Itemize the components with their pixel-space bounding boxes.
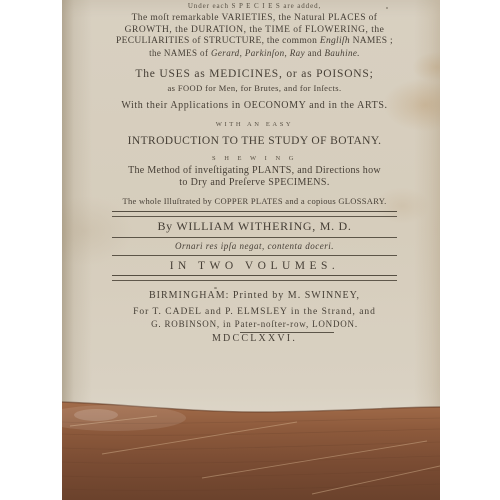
description-line-4-names: Gerard, Parkinſon, Ray	[211, 48, 305, 58]
applications-line: With their Applications in OECONOMY and …	[86, 101, 423, 112]
imprint-line-2: For T. CADEL and P. ELMSLEY in the Stran…	[86, 308, 423, 318]
author-line: By WILLIAM WITHERING, M. D.	[86, 220, 423, 233]
wood-sheen-spot	[74, 409, 118, 421]
species-note: Under each S P E C I E S are added,	[86, 3, 423, 10]
uses-food-line: as FOOD for Men, for Brutes, and for Inſ…	[86, 84, 423, 93]
volumes-line: IN TWO VOLUMES.	[86, 260, 423, 272]
description-line-2: GROWTH, the DURATION, the TIME of FLOWER…	[86, 26, 423, 36]
title-page: Under each S P E C I E S are added, The …	[62, 0, 440, 420]
divider-double-rule-bottom	[112, 275, 397, 281]
ink-speck	[386, 7, 388, 9]
latin-motto: Ornari res ipſa negat, contenta doceri.	[86, 242, 423, 251]
title-page-text-block: Under each S P E C I E S are added, The …	[86, 0, 423, 420]
ink-speck	[214, 287, 217, 289]
description-line-3-pre: PECULIARITIES of STRUCTURE, the common	[116, 36, 320, 46]
description-line-3-post: NAMES ;	[350, 36, 393, 46]
description-line-4-bauhine: Bauhine.	[324, 48, 359, 58]
copper-plates-line: The whole Illuſtrated by COPPER PLATES a…	[86, 197, 423, 206]
method-line-2: to Dry and Preſerve SPECIMENS.	[86, 178, 423, 189]
description-line-1: The moſt remarkable VARIETIES, the Natur…	[86, 14, 423, 24]
uses-medicines-line: The USES as MEDICINES, or as POISONS;	[86, 68, 423, 80]
with-an-easy-line: WITH AN EASY	[86, 122, 423, 129]
divider-rule-2	[112, 255, 397, 256]
description-line-3-english: Engliſh	[320, 36, 350, 46]
method-line-1: The Method of inveſtigating PLANTS, and …	[86, 166, 423, 177]
shewing-line: S H E W I N G	[86, 156, 423, 163]
divider-double-rule-top	[112, 211, 397, 217]
auction-photo-canvas: Under each S P E C I E S are added, The …	[0, 0, 500, 500]
imprint-line-3: G. ROBINSON, in Pater-noſter-row, LONDON…	[86, 320, 423, 329]
introduction-title: INTRODUCTION TO THE STUDY OF BOTANY.	[86, 135, 423, 147]
description-line-4: the NAMES of Gerard, Parkinſon, Ray and …	[86, 49, 423, 58]
description-line-3: PECULIARITIES of STRUCTURE, the common E…	[86, 37, 423, 47]
book-photo: Under each S P E C I E S are added, The …	[62, 0, 440, 500]
description-line-4-pre: the NAMES of	[149, 48, 211, 58]
divider-rule-1	[112, 237, 397, 238]
imprint-line-1: BIRMINGHAM: Printed by M. SWINNEY,	[86, 291, 423, 302]
wooden-table-surface	[62, 396, 440, 500]
description-line-4-and: and	[305, 48, 325, 58]
year-line: MDCCLXXVI.	[86, 334, 423, 345]
